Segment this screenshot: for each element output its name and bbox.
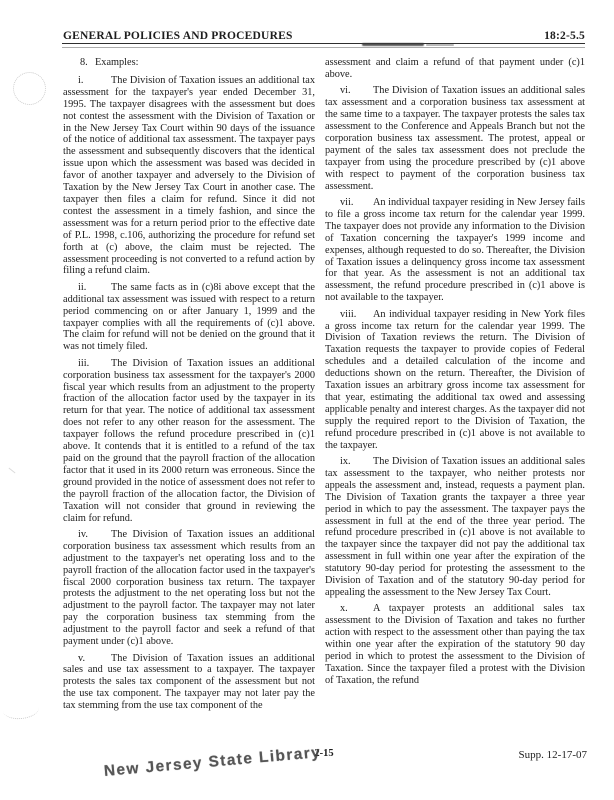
body-columns: 8.Examples: i.The Division of Taxation i… <box>63 57 585 731</box>
example-text-ix: The Division of Taxation issues an addit… <box>325 456 585 598</box>
supplement-date: Supp. 12-17-07 <box>519 749 587 761</box>
example-paragraph-i: i.The Division of Taxation issues an add… <box>63 75 315 277</box>
scan-smudge-light <box>426 44 454 46</box>
example-number-iv: iv. <box>78 529 111 541</box>
example-number-ii: ii. <box>78 282 111 294</box>
example-paragraph-vii: vii.An individual taxpayer residing in N… <box>325 197 585 304</box>
example-paragraph-ii: ii.The same facts as in (c)8i above exce… <box>63 282 315 353</box>
example-paragraph-viii: viii.An individual taxpayer residing in … <box>325 309 585 452</box>
example-text-iv: The Division of Taxation issues an addit… <box>63 529 315 647</box>
example-paragraph-iv: iv.The Division of Taxation issues an ad… <box>63 529 315 648</box>
example-text-vii: An individual taxpayer residing in New J… <box>325 197 585 303</box>
header-rule <box>62 43 585 44</box>
example-number-vi: vi. <box>340 85 373 97</box>
example-number-iii: iii. <box>78 358 111 370</box>
page-number: 2-15 <box>63 748 585 759</box>
example-paragraph-x: x.A taxpayer protests an additional sale… <box>325 603 585 686</box>
right-column: assessment and claim a refund of that pa… <box>325 57 585 731</box>
example-text-viii: An individual taxpayer residing in New Y… <box>325 309 585 451</box>
example-paragraph-v: v.The Division of Taxation issues an add… <box>63 653 315 713</box>
header-rule-shadow <box>62 47 585 48</box>
examples-heading: 8.Examples: <box>63 57 315 69</box>
example-number-ix: ix. <box>340 456 373 468</box>
scan-artifact-circle <box>10 69 49 108</box>
header-title: GENERAL POLICIES AND PROCEDURES <box>63 30 293 42</box>
example-paragraph-iii: iii.The Division of Taxation issues an a… <box>63 358 315 525</box>
header-section-number: 18:2-5.5 <box>544 30 585 42</box>
example-number-x: x. <box>340 603 373 615</box>
example-text-iii: The Division of Taxation issues an addit… <box>63 358 315 524</box>
scan-smudge <box>362 43 424 47</box>
left-column: 8.Examples: i.The Division of Taxation i… <box>63 57 315 731</box>
example-text-i: The Division of Taxation issues an addit… <box>63 75 315 277</box>
example-paragraph-vi: vi.The Division of Taxation issues an ad… <box>325 85 585 192</box>
scan-artifact-arc <box>2 698 40 721</box>
examples-heading-number: 8. <box>80 57 95 69</box>
example-number-v: v. <box>78 653 111 665</box>
continuation-paragraph: assessment and claim a refund of that pa… <box>325 57 585 81</box>
example-number-vii: vii. <box>340 197 373 209</box>
example-paragraph-ix: ix.The Division of Taxation issues an ad… <box>325 456 585 599</box>
document-page: GENERAL POLICIES AND PROCEDURES 18:2-5.5… <box>0 0 614 800</box>
example-number-viii: viii. <box>340 309 373 321</box>
scan-artifact-tick <box>9 468 16 474</box>
example-text-vi: The Division of Taxation issues an addit… <box>325 85 585 191</box>
examples-heading-label: Examples: <box>95 57 138 68</box>
example-number-i: i. <box>78 75 111 87</box>
example-text-x: A taxpayer protests an additional sales … <box>325 603 585 685</box>
page-header: GENERAL POLICIES AND PROCEDURES 18:2-5.5 <box>63 30 585 42</box>
